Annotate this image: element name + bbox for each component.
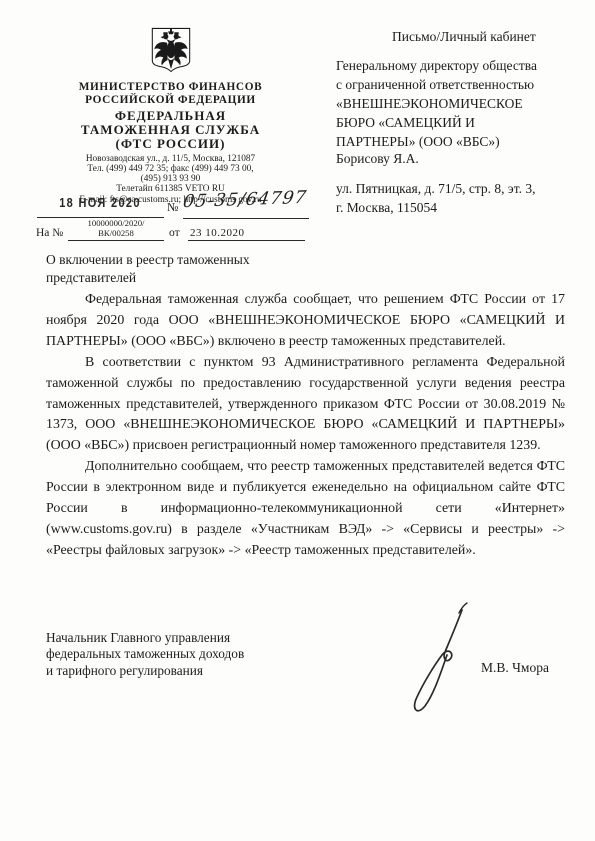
subject-line1: О включении в реестр таможенных — [46, 251, 296, 269]
recipient-line: Генеральному директору общества — [336, 56, 571, 75]
signer-title-line1: Начальник Главного управления — [46, 630, 244, 646]
recipient-address-line1: ул. Пятницкая, д. 71/5, стр. 8, эт. 3, — [336, 180, 535, 199]
signer-name: М.В. Чмора — [481, 660, 549, 676]
recipient-address-line2: г. Москва, 115054 — [336, 199, 535, 218]
agency-name: ФЕДЕРАЛЬНАЯ ТАМОЖЕННАЯ СЛУЖБА (ФТС РОССИ… — [28, 109, 313, 150]
date-stamp: 18 НОЯ 2020 — [45, 196, 156, 210]
recipient-person: Борисову Я.А. — [336, 151, 419, 167]
recipient-line: ПАРТНЕРЫ» (ООО «ВБС») — [336, 132, 571, 151]
incoming-date-underline — [188, 240, 305, 241]
recipient-line: БЮРО «САМЕЦКИЙ И — [336, 113, 571, 132]
ministry-line1: МИНИСТЕРСТВО ФИНАНСОВ — [28, 81, 313, 94]
incoming-number-value: 10000000/2020/ ВК/00258 — [69, 219, 163, 239]
incoming-number-underline — [68, 240, 164, 241]
letter-body: Федеральная таможенная служба сообщает, … — [46, 290, 565, 562]
incoming-number-line2: ВК/00258 — [69, 229, 163, 239]
signer-title-line3: и тарифного регулирования — [46, 663, 244, 679]
subject-line2: представителей — [46, 269, 296, 287]
agency-phone-line2: (495) 913 93 90 — [28, 174, 313, 184]
recipient-block: Генеральному директору общества с ограни… — [336, 56, 571, 151]
agency-line2: ТАМОЖЕННАЯ СЛУЖБА — [28, 123, 313, 137]
subject-heading: О включении в реестр таможенных представ… — [46, 251, 296, 286]
agency-line3: (ФТС РОССИИ) — [28, 137, 313, 151]
letterhead: МИНИСТЕРСТВО ФИНАНСОВ РОССИЙСКОЙ ФЕДЕРАЦ… — [28, 27, 313, 205]
incoming-number-label: На № — [36, 227, 63, 239]
body-paragraph-1: Федеральная таможенная служба сообщает, … — [46, 290, 565, 353]
agency-postal-address: Новозаводская ул., д. 11/5, Москва, 1210… — [28, 154, 313, 164]
reference-block: 18 НОЯ 2020 № 05-35/64797 На № 10000000/… — [33, 192, 318, 248]
handwritten-signature — [402, 600, 474, 726]
recipient-line: с ограниченной ответственностью — [336, 75, 571, 94]
incoming-date-value: 23 10.2020 — [190, 227, 245, 239]
from-date-label: от — [169, 227, 180, 239]
agency-line1: ФЕДЕРАЛЬНАЯ — [28, 109, 313, 123]
recipient-address: ул. Пятницкая, д. 71/5, стр. 8, эт. 3, г… — [336, 180, 535, 217]
signer-title: Начальник Главного управления федеральны… — [46, 630, 244, 679]
body-paragraph-2: В соответствии с пунктом 93 Администрати… — [46, 353, 565, 458]
ministry-line2: РОССИЙСКОЙ ФЕДЕРАЦИИ — [28, 94, 313, 107]
body-paragraph-3: Дополнительно сообщаем, что реестр тамож… — [46, 457, 565, 562]
outgoing-number-handwritten: 05-35/64797 — [177, 188, 313, 213]
ministry-name: МИНИСТЕРСТВО ФИНАНСОВ РОССИЙСКОЙ ФЕДЕРАЦ… — [28, 81, 313, 106]
coat-of-arms-icon — [150, 27, 192, 73]
number-sign-label: № — [167, 200, 178, 215]
recipient-line: «ВНЕШНЕЭКОНОМИЧЕСКОЕ — [336, 94, 571, 113]
delivery-method-label: Письмо/Личный кабинет — [392, 29, 536, 45]
letter-page: МИНИСТЕРСТВО ФИНАНСОВ РОССИЙСКОЙ ФЕДЕРАЦ… — [0, 0, 595, 841]
signer-title-line2: федеральных таможенных доходов — [46, 646, 244, 662]
outgoing-number-underline — [183, 218, 309, 219]
agency-phone-line: Тел. (499) 449 72 35; факс (499) 449 73 … — [28, 164, 313, 174]
